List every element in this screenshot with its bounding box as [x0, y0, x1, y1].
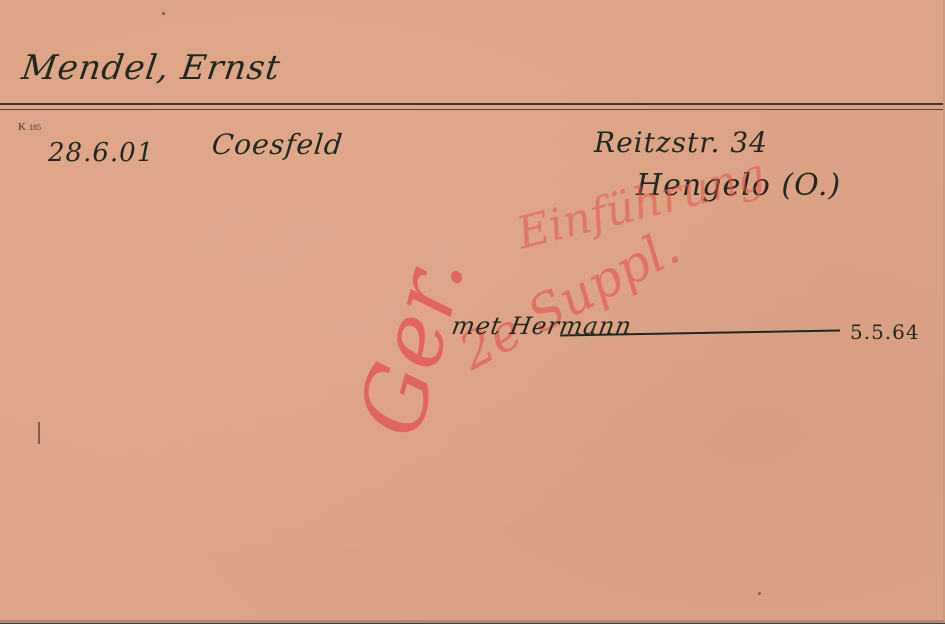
form-code-letter: K	[18, 121, 26, 133]
header-rule	[0, 103, 943, 105]
index-card: Mendel, Ernst K185 28.6.01 Coesfeld Reit…	[0, 0, 945, 623]
form-code: K185	[18, 121, 41, 133]
header-rule-lower	[0, 109, 943, 110]
birth-place: Coesfeld	[210, 128, 345, 161]
form-number: 185	[29, 123, 41, 132]
name-field: Mendel, Ernst	[19, 48, 283, 88]
annotation-note: met Hermann	[450, 312, 635, 340]
paper-mark	[38, 422, 40, 444]
paper-speck	[758, 592, 761, 595]
birth-date: 28.6.01	[48, 138, 154, 168]
annotation-date: 5.5.64	[850, 320, 920, 344]
paper-speck	[162, 12, 165, 15]
